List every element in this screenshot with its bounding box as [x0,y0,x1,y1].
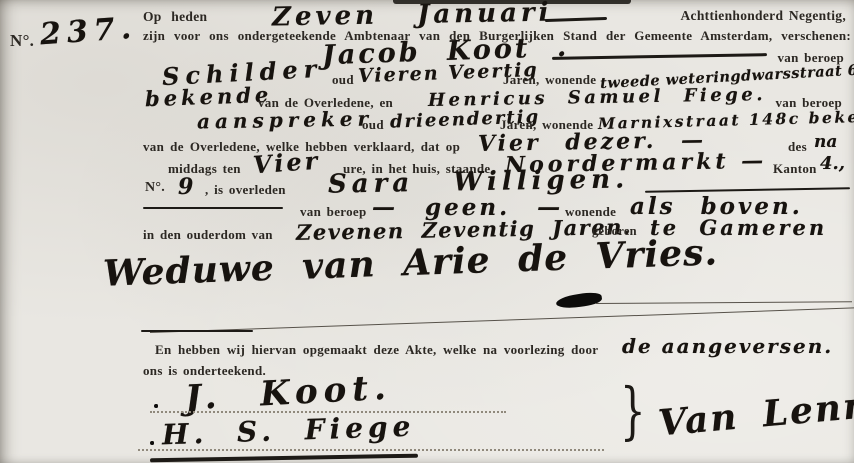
signature-declarant2: H. S. Fiege [162,412,416,450]
ruled-line-diagonal [150,307,854,333]
hw-house-number: 9 [178,176,193,199]
hw-marital-status: Weduwe van Arie de Vries. [103,234,719,293]
hw-kanton-number: 4., [820,155,845,174]
printed-op-heden: Op heden [143,10,207,24]
hw-declarant1-relation: bekende [145,84,273,110]
ink-line-after-deceased-name [645,187,850,192]
printed-des: des [788,140,807,154]
ink-dash-after-date [545,17,607,22]
death-certificate-scan: N°. 237. Op heden Zeven Januari Achttien… [0,0,854,463]
hw-daypart: na [814,134,837,152]
printed-house-no-label: N°. [145,181,165,196]
brace-glyph: } [620,378,646,443]
hw-declarant2-profession: aanspreker [197,108,373,132]
ink-blob-flourish [555,291,602,310]
ink-tail-right [596,301,852,304]
hw-declarant2-name: Henricus Samuel Fiege. [428,86,766,111]
printed-van-beroep-3: van beroep [300,205,367,219]
act-number-value: 237. [39,13,138,51]
ink-stroke-bottom-signature [150,454,418,462]
printed-oud-1: oud [332,73,354,87]
ink-line-after-declarant1-name [552,53,767,60]
signature-official: Van Lennep [657,383,854,444]
dotted-line-sig2 [138,449,604,451]
printed-year: Achttienhonderd Negentig, [681,9,847,23]
act-number-label: N°. [10,32,34,50]
printed-ouderdom: in den ouderdom van [143,228,273,242]
ink-dot-sig2 [150,441,154,445]
ink-dot-sig1 [154,404,158,408]
printed-is-overleden: , is overleden [205,183,286,197]
short-rule-above-closing [141,330,253,332]
printed-rule-left [143,207,283,209]
printed-closing-sentence: En hebben wij hiervan opgemaakt deze Akt… [155,343,598,357]
printed-oud-2: oud [362,118,384,132]
hw-read-to: de aangeversen. [622,336,833,357]
hw-death-hour: Vier [252,148,321,178]
printed-jaren-wonende-1: Jaren, wonende [503,73,596,87]
printed-kanton-label: Kanton [773,162,817,176]
hw-registration-date: Zeven Januari [272,0,553,32]
